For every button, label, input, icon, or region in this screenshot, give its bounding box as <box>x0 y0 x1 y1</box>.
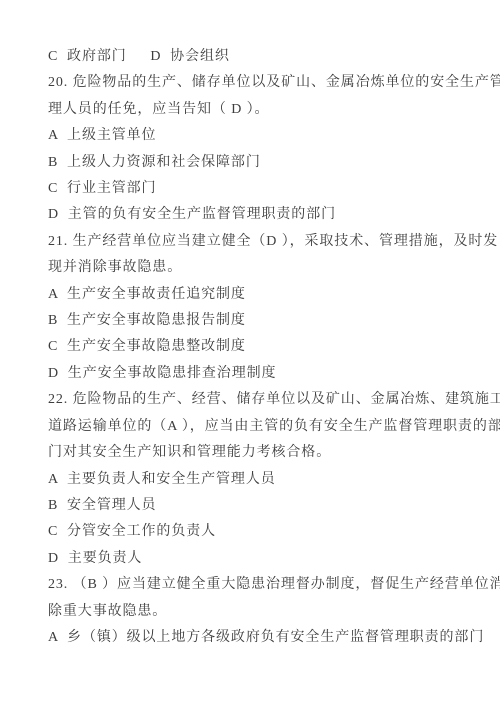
question-21-stem-line-1: 21. 生产经营单位应当建立健全（D ），采取技术、管理措施，及时发 <box>48 229 500 255</box>
question-22: 22. 危险物品的生产、经营、储存单位以及矿山、金属冶炼、建筑施工、 道路运输单… <box>48 387 500 572</box>
question-22-stem-line-3: 门对其安全生产知识和管理能力考核合格。 <box>48 440 500 466</box>
question-23-stem-line-1: 23. （B ）应当建立健全重大隐患治理督办制度，督促生产经营单位消 <box>48 572 500 598</box>
question-21-option-c: C 生产安全事故隐患整改制度 <box>48 334 500 360</box>
question-22-option-a: A 主要负责人和安全生产管理人员 <box>48 467 500 493</box>
question-21: 21. 生产经营单位应当建立健全（D ），采取技术、管理措施，及时发 现并消除事… <box>48 229 500 387</box>
question-22-stem-line-2: 道路运输单位的（A ），应当由主管的负有安全生产监督管理职责的部 <box>48 414 500 440</box>
option-line-cd: C 政府部门 D 协会组织 <box>48 44 500 70</box>
question-21-option-d: D 生产安全事故隐患排查治理制度 <box>48 361 500 387</box>
question-19-remaining-options: C 政府部门 D 协会组织 <box>48 44 500 70</box>
question-23: 23. （B ）应当建立健全重大隐患治理督办制度，督促生产经营单位消 除重大事故… <box>48 572 500 651</box>
question-23-option-a: A 乡（镇）级以上地方各级政府负有安全生产监督管理职责的部门 <box>48 625 500 651</box>
quiz-document-page: C 政府部门 D 协会组织 20. 危险物品的生产、储存单位以及矿山、金属冶炼单… <box>0 0 500 707</box>
question-20-stem-line-1: 20. 危险物品的生产、储存单位以及矿山、金属冶炼单位的安全生产管 <box>48 70 500 96</box>
question-21-stem-line-2: 现并消除事故隐患。 <box>48 255 500 281</box>
question-20-option-b: B 上级人力资源和社会保障部门 <box>48 150 500 176</box>
question-22-stem-line-1: 22. 危险物品的生产、经营、储存单位以及矿山、金属冶炼、建筑施工、 <box>48 387 500 413</box>
question-20-option-a: A 上级主管单位 <box>48 123 500 149</box>
question-20-option-c: C 行业主管部门 <box>48 176 500 202</box>
question-20: 20. 危险物品的生产、储存单位以及矿山、金属冶炼单位的安全生产管 理人员的任免… <box>48 70 500 228</box>
quiz-content: C 政府部门 D 协会组织 20. 危险物品的生产、储存单位以及矿山、金属冶炼单… <box>48 44 500 651</box>
question-22-option-c: C 分管安全工作的负责人 <box>48 519 500 545</box>
question-22-option-d: D 主要负责人 <box>48 546 500 572</box>
question-20-stem-line-2: 理人员的任免，应当告知（ D ）。 <box>48 97 500 123</box>
question-21-option-b: B 生产安全事故隐患报告制度 <box>48 308 500 334</box>
question-21-option-a: A 生产安全事故责任追究制度 <box>48 282 500 308</box>
question-23-stem-line-2: 除重大事故隐患。 <box>48 599 500 625</box>
question-22-option-b: B 安全管理人员 <box>48 493 500 519</box>
question-20-option-d: D 主管的负有安全生产监督管理职责的部门 <box>48 202 500 228</box>
